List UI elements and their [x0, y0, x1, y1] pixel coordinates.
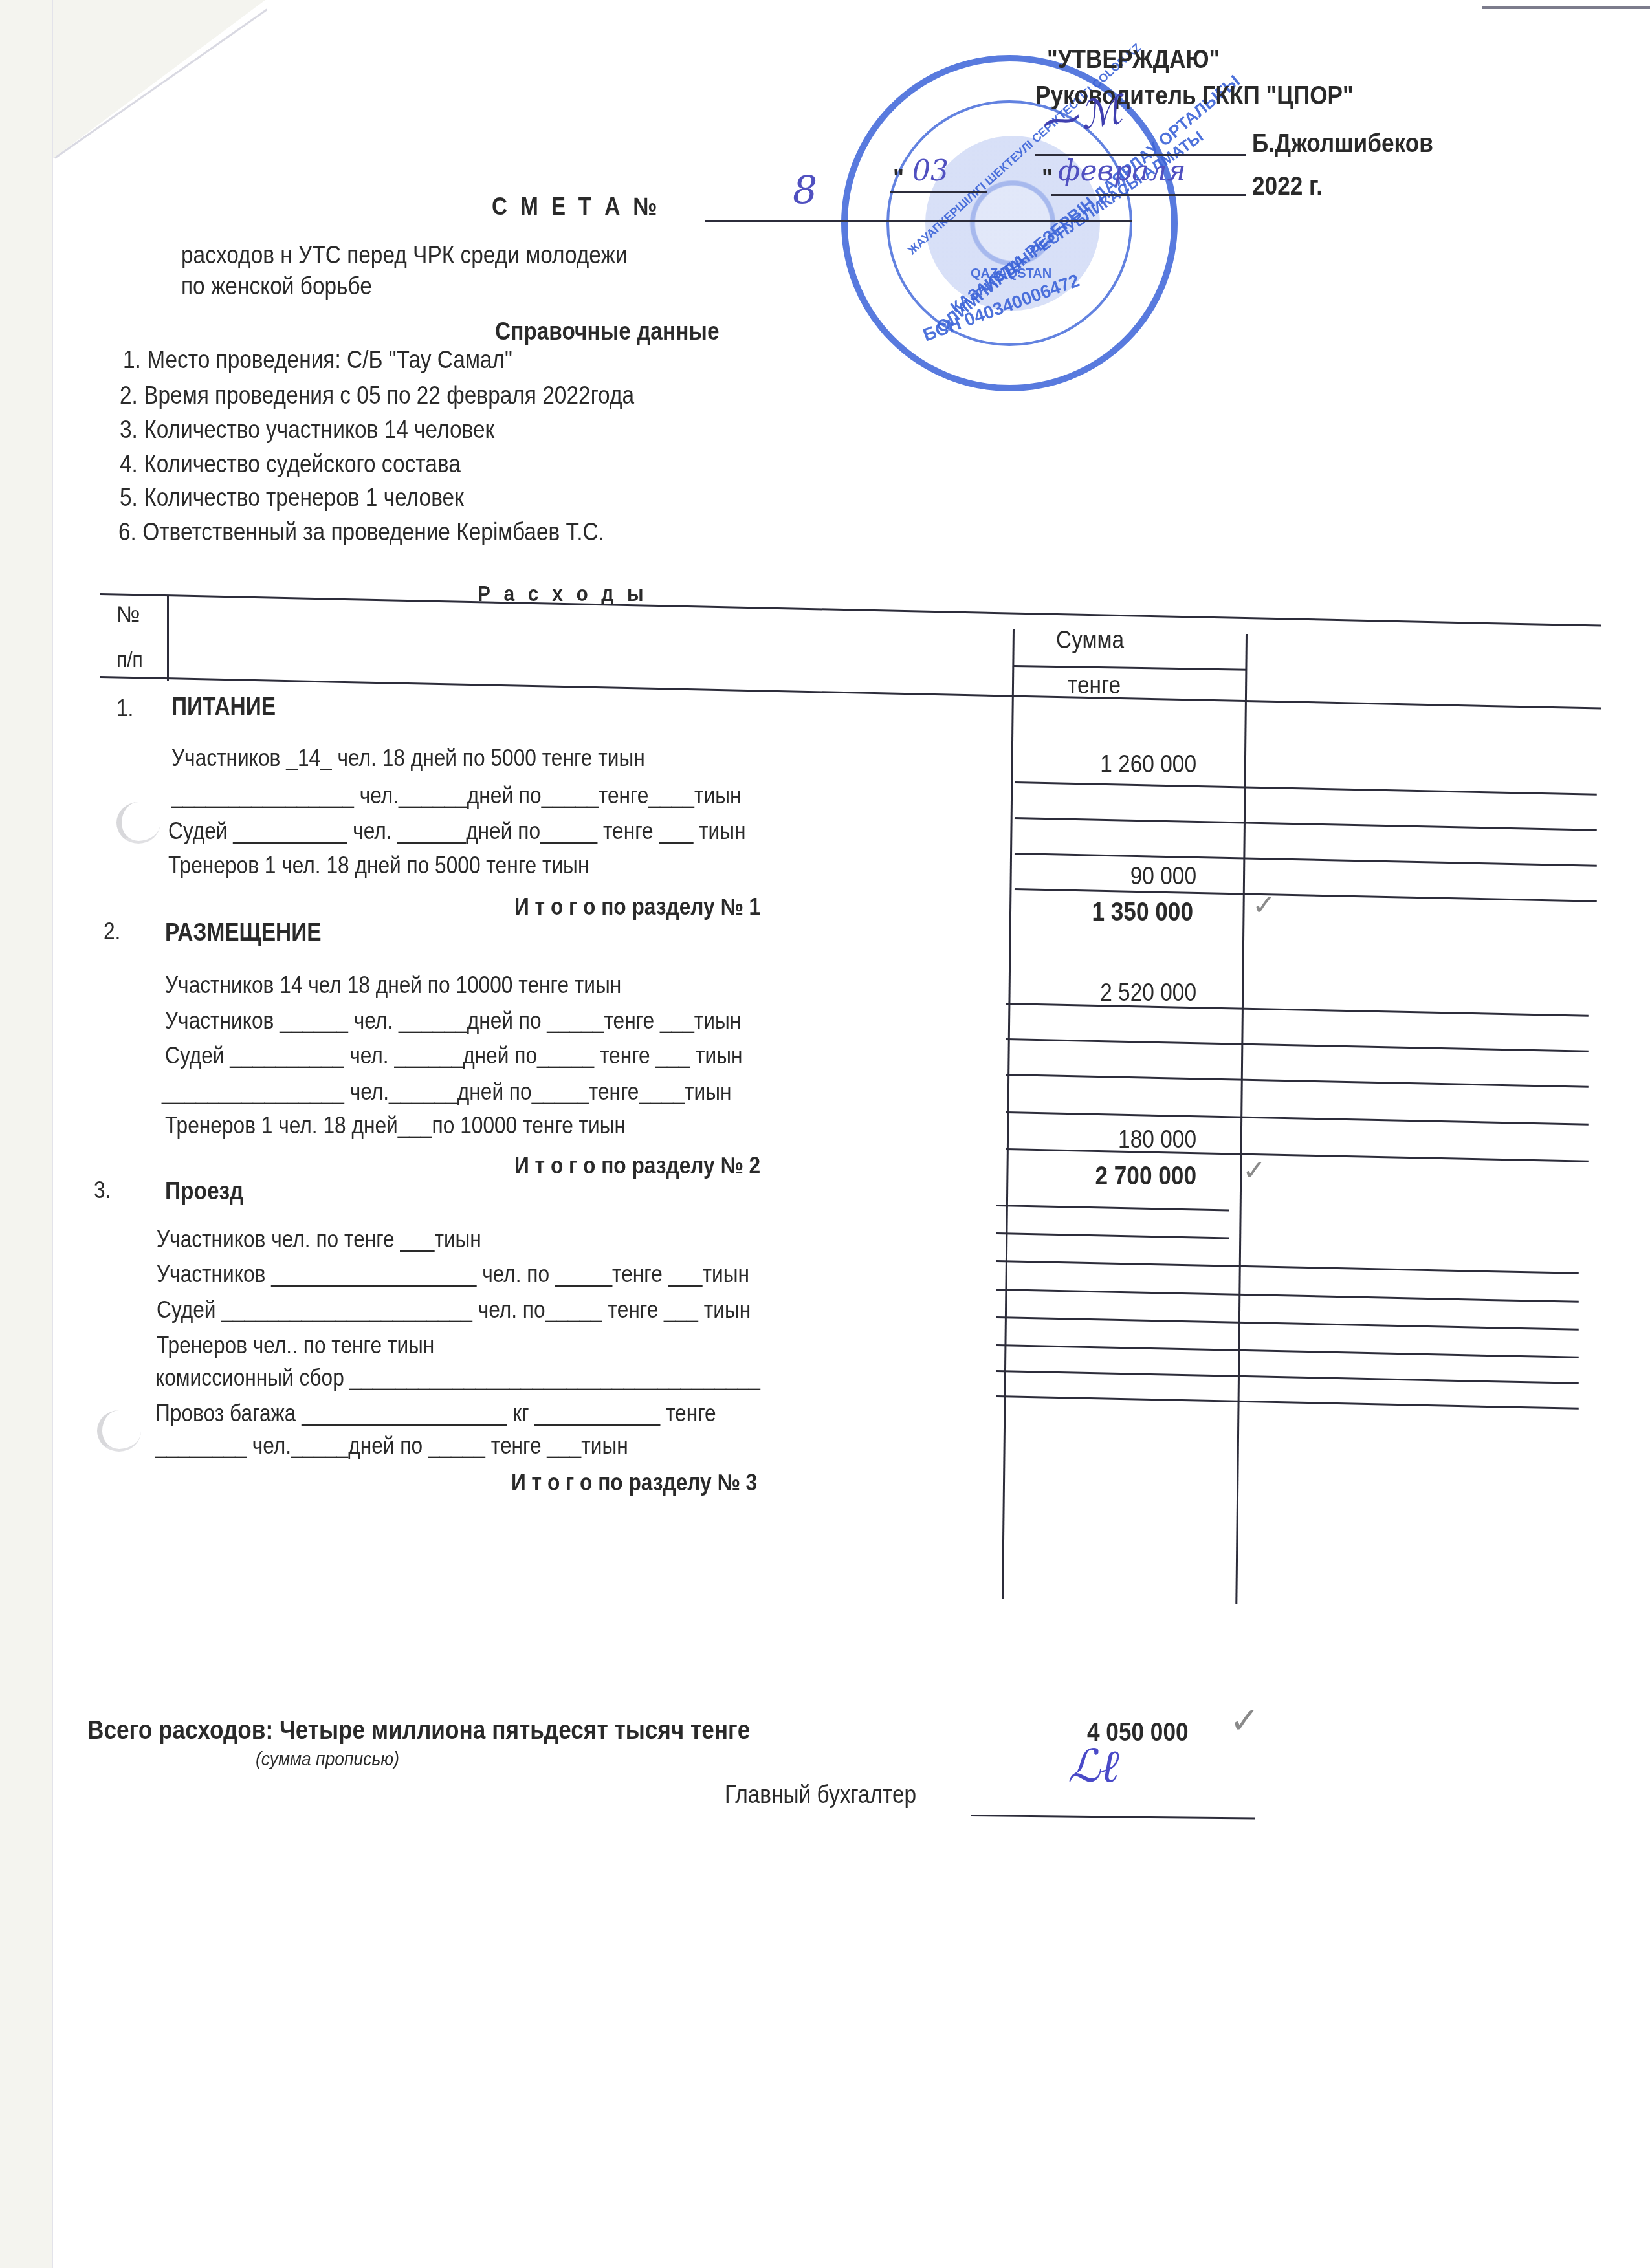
total-in-words: Всего расходов: Четыре миллиона пятьдеся…	[87, 1717, 750, 1743]
date-quote-close: "	[1042, 165, 1053, 191]
section-3-row-4: Тренеров чел.. по тенге тиын	[157, 1333, 434, 1358]
check-mark-icon: ✓	[1242, 1158, 1266, 1184]
section-2-name: РАЗМЕЩЕНИЕ	[165, 920, 322, 946]
date-month-line	[1051, 194, 1246, 196]
estimate-number[interactable]: 8	[793, 178, 817, 204]
reference-heading: Справочные данные	[495, 319, 720, 345]
check-mark-icon: ✓	[1229, 1708, 1260, 1734]
reference-item-4: 4. Количество судейского состава	[120, 452, 461, 477]
section-1-row-3: Судей __________ чел. ______дней по_____…	[168, 818, 746, 844]
check-mark-icon: ✓	[1252, 893, 1276, 919]
section-1-row-1-amount: 1 260 000	[1026, 752, 1196, 778]
approval-date-year: 2022 г.	[1252, 173, 1323, 199]
approval-date-day[interactable]: 03	[912, 158, 949, 184]
approval-date-month[interactable]: февраля	[1058, 158, 1186, 184]
section-2-total-label: И т о г о по разделу № 2	[514, 1153, 760, 1179]
section-1-number: 1.	[116, 695, 133, 721]
section-3-row-3: Судей ______________________ чел. по____…	[157, 1297, 751, 1323]
reference-item-1: 1. Место проведения: С/Б "Тау Самал"	[123, 347, 512, 373]
section-2-number: 2.	[104, 919, 120, 944]
section-2-row-3: Судей __________ чел. ______дней по_____…	[165, 1043, 743, 1069]
section-1-name: ПИТАНИЕ	[171, 694, 276, 720]
section-2-row-1-amount: 2 520 000	[1026, 980, 1196, 1006]
section-3-row-2: Участников __________________ чел. по __…	[157, 1261, 749, 1287]
approval-signatory: Б.Джолшибеков	[1252, 131, 1433, 157]
chief-accountant-label: Главный бухгалтер	[725, 1782, 916, 1808]
section-3-row-6: Провоз багажа __________________ кг ____…	[155, 1401, 716, 1426]
col-header-pp: п/п	[116, 647, 143, 673]
estimate-title: С М Е Т А №	[492, 194, 661, 220]
section-1-row-4: Тренеров 1 чел. 18 дней по 5000 тенге ти…	[168, 853, 589, 878]
section-3-name: Проезд	[165, 1179, 243, 1205]
section-2-row-2: Участников ______ чел. ______дней по ___…	[165, 1008, 741, 1034]
staple-hole-icon	[116, 802, 160, 844]
stamp-emblem-label: QAZAQSTAN	[971, 267, 1051, 281]
page-fold-edge	[52, 0, 53, 2268]
section-2-row-4: ________________ чел.______дней по_____т…	[162, 1079, 731, 1105]
date-day-line	[890, 191, 987, 193]
table-col-divider	[167, 596, 169, 681]
approval-title: "УТВЕРЖДАЮ"	[1047, 47, 1220, 72]
section-3-row-7: ________ чел._____дней по _____ тенге __…	[155, 1433, 628, 1459]
reference-item-5: 5. Количество тренеров 1 человек	[120, 485, 464, 511]
col-header-sum: Сумма	[1056, 627, 1124, 653]
section-1-row-2: ________________ чел.______дней по_____т…	[171, 783, 741, 809]
section-3-row-1: Участников чел. по тенге ___тиын	[157, 1227, 481, 1252]
section-3-number: 3.	[94, 1177, 111, 1203]
section-2-row-5: Тренеров 1 чел. 18 дней___по 10000 тенге…	[165, 1113, 626, 1139]
staple-hole-icon	[97, 1410, 141, 1452]
section-2-row-1: Участников 14 чел 18 дней по 10000 тенге…	[165, 972, 621, 998]
section-1-row-1: Участников _14_ чел. 18 дней по 5000 тен…	[171, 745, 645, 771]
scan-artifact	[1482, 6, 1650, 9]
reference-item-6: 6. Ответственный за проведение Керімбаев…	[118, 519, 604, 545]
reference-item-3: 3. Количество участников 14 человек	[120, 417, 494, 443]
accountant-signature[interactable]: ℒℓ	[1068, 1753, 1119, 1779]
col-header-num: №	[116, 602, 140, 627]
date-quote-open: "	[893, 165, 904, 191]
col-header-currency: тенге	[1068, 673, 1121, 699]
section-1-row-4-amount: 90 000	[1026, 864, 1196, 889]
section-1-total-label: И т о г о по разделу № 1	[514, 894, 760, 920]
section-3-row-5: комиссионный сбор ______________________…	[155, 1365, 760, 1391]
section-2-total: 2 700 000	[1026, 1163, 1196, 1189]
reference-item-2: 2. Время проведения с 05 по 22 февраля 2…	[120, 383, 634, 409]
estimate-subtitle-2: по женской борьбе	[181, 274, 372, 300]
director-signature: ⁓ℳ	[1040, 97, 1123, 136]
estimate-subtitle-1: расходов н УТС перед ЧРК среди молодежи	[181, 243, 628, 268]
total-in-words-caption: (сумма прописью)	[256, 1747, 399, 1772]
section-3-total-label: И т о г о по разделу № 3	[511, 1470, 757, 1496]
section-1-total: 1 350 000	[1022, 899, 1193, 925]
estimate-number-line	[705, 220, 1132, 222]
